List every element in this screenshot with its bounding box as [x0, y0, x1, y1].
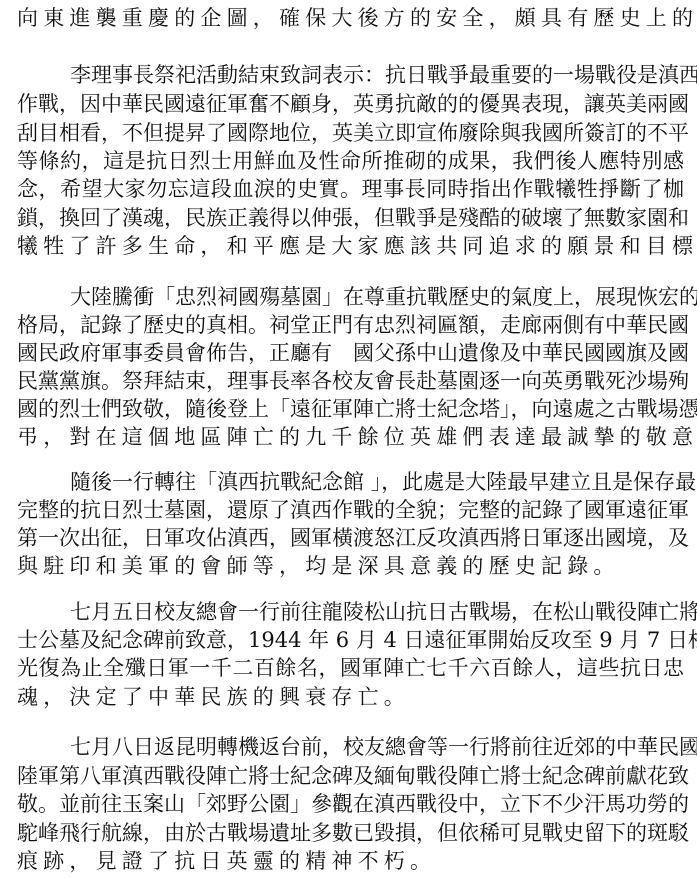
text-line: 七月五日校友總會一行前往龍陵松山抗日古戰場，在松山戰役陣亡將 [70, 598, 684, 626]
text-line: 大陸騰衝「忠烈祠國殤墓園」在尊重抗戰歷史的氣度上，展現恢宏的 [70, 283, 684, 311]
text-line: 隨後一行轉往「滇西抗戰紀念館 」，此處是大陸最早建立且是保存最 [70, 468, 684, 496]
text-line: 完整的抗日烈士墓園，還原了滇西作戰的全貌；完整的記錄了國軍遠征軍 [17, 496, 684, 524]
text-line: 陸軍第八軍滇西戰役陣亡將士紀念碑及緬甸戰役陣亡將士紀念碑前獻花致 [17, 762, 684, 790]
text-line: 痕跡，見證了抗日英靈的精神不朽。 [17, 847, 684, 875]
text-line: 與駐印和美軍的會師等，均是深具意義的歷史記錄。 [17, 552, 684, 580]
text-line: 李理事長祭祀活動結束致詞表示：抗日戰爭最重要的一場戰役是滇西 [70, 61, 684, 89]
text-line: 敬。並前往玉案山「郊野公園」參觀在滇西戰役中，立下不少汗馬功勞的 [17, 790, 684, 818]
text-line: 魂，決定了中華民族的興衰存亡。 [17, 683, 684, 711]
text-line: 念，希望大家勿忘這段血淚的史實。理事長同時指出作戰犧牲掙斷了枷 [17, 175, 684, 203]
text-line: 向東進襲重慶的企圖，確保大後方的安全，頗具有歷史上的重大意義。 [17, 4, 684, 32]
text-line: 第一次出征，日軍攻佔滇西，國軍橫渡怒江反攻滇西將日軍逐出國境，及 [17, 524, 684, 552]
text-line: 國民政府軍事委員會佈告，正廳有 國父孫中山遺像及中華民國國旗及國 [17, 339, 684, 367]
text-line: 犧牲了許多生命，和平應是大家應該共同追求的願景和目標。 [17, 232, 684, 260]
text-line: 刮目相看，不但提昇了國際地位，英美立即宣佈廢除與我國所簽訂的不平 [17, 119, 684, 147]
document-page: 向東進襲重慶的企圖，確保大後方的安全，頗具有歷史上的重大意義。 李理事長祭祀活動… [0, 0, 697, 878]
text-line: 等條約，這是抗日烈士用鮮血及性命所推砌的成果，我們後人應特別感 [17, 147, 684, 175]
text-line: 七月八日返昆明轉機返台前，校友總會等一行將前往近郊的中華民國 [70, 733, 684, 761]
text-line: 駝峰飛行航線，由於古戰場遺址多數已毀損，但依稀可見戰史留下的斑駁 [17, 819, 684, 847]
text-line: 光復為止全殲日軍一千二百餘名，國軍陣亡七千六百餘人，這些抗日忠 [17, 654, 684, 682]
text-line: 國的烈士們致敬，隨後登上「遠征軍陣亡將士紀念塔」，向遠處之古戰場憑 [17, 395, 684, 423]
text-line: 作戰，因中華民國遠征軍奮不顧身，英勇抗敵的的優異表現，讓英美兩國 [17, 90, 684, 118]
text-line: 士公墓及紀念碑前致意，1944 年 6 月 4 日遠征軍開始反攻至 9 月 7 … [17, 626, 684, 654]
text-line: 弔，對在這個地區陣亡的九千餘位英雄們表達最誠摯的敬意。 [17, 423, 684, 451]
text-line: 鎖，換回了漢魂，民族正義得以伸張，但戰爭是殘酷的破壞了無數家園和 [17, 204, 684, 232]
text-line: 格局，記錄了歷史的真相。祠堂正門有忠烈祠匾額，走廊兩側有中華民國 [17, 311, 684, 339]
text-line: 民黨黨旗。祭拜結束，理事長率各校友會長赴墓園逐一向英勇戰死沙場殉 [17, 367, 684, 395]
